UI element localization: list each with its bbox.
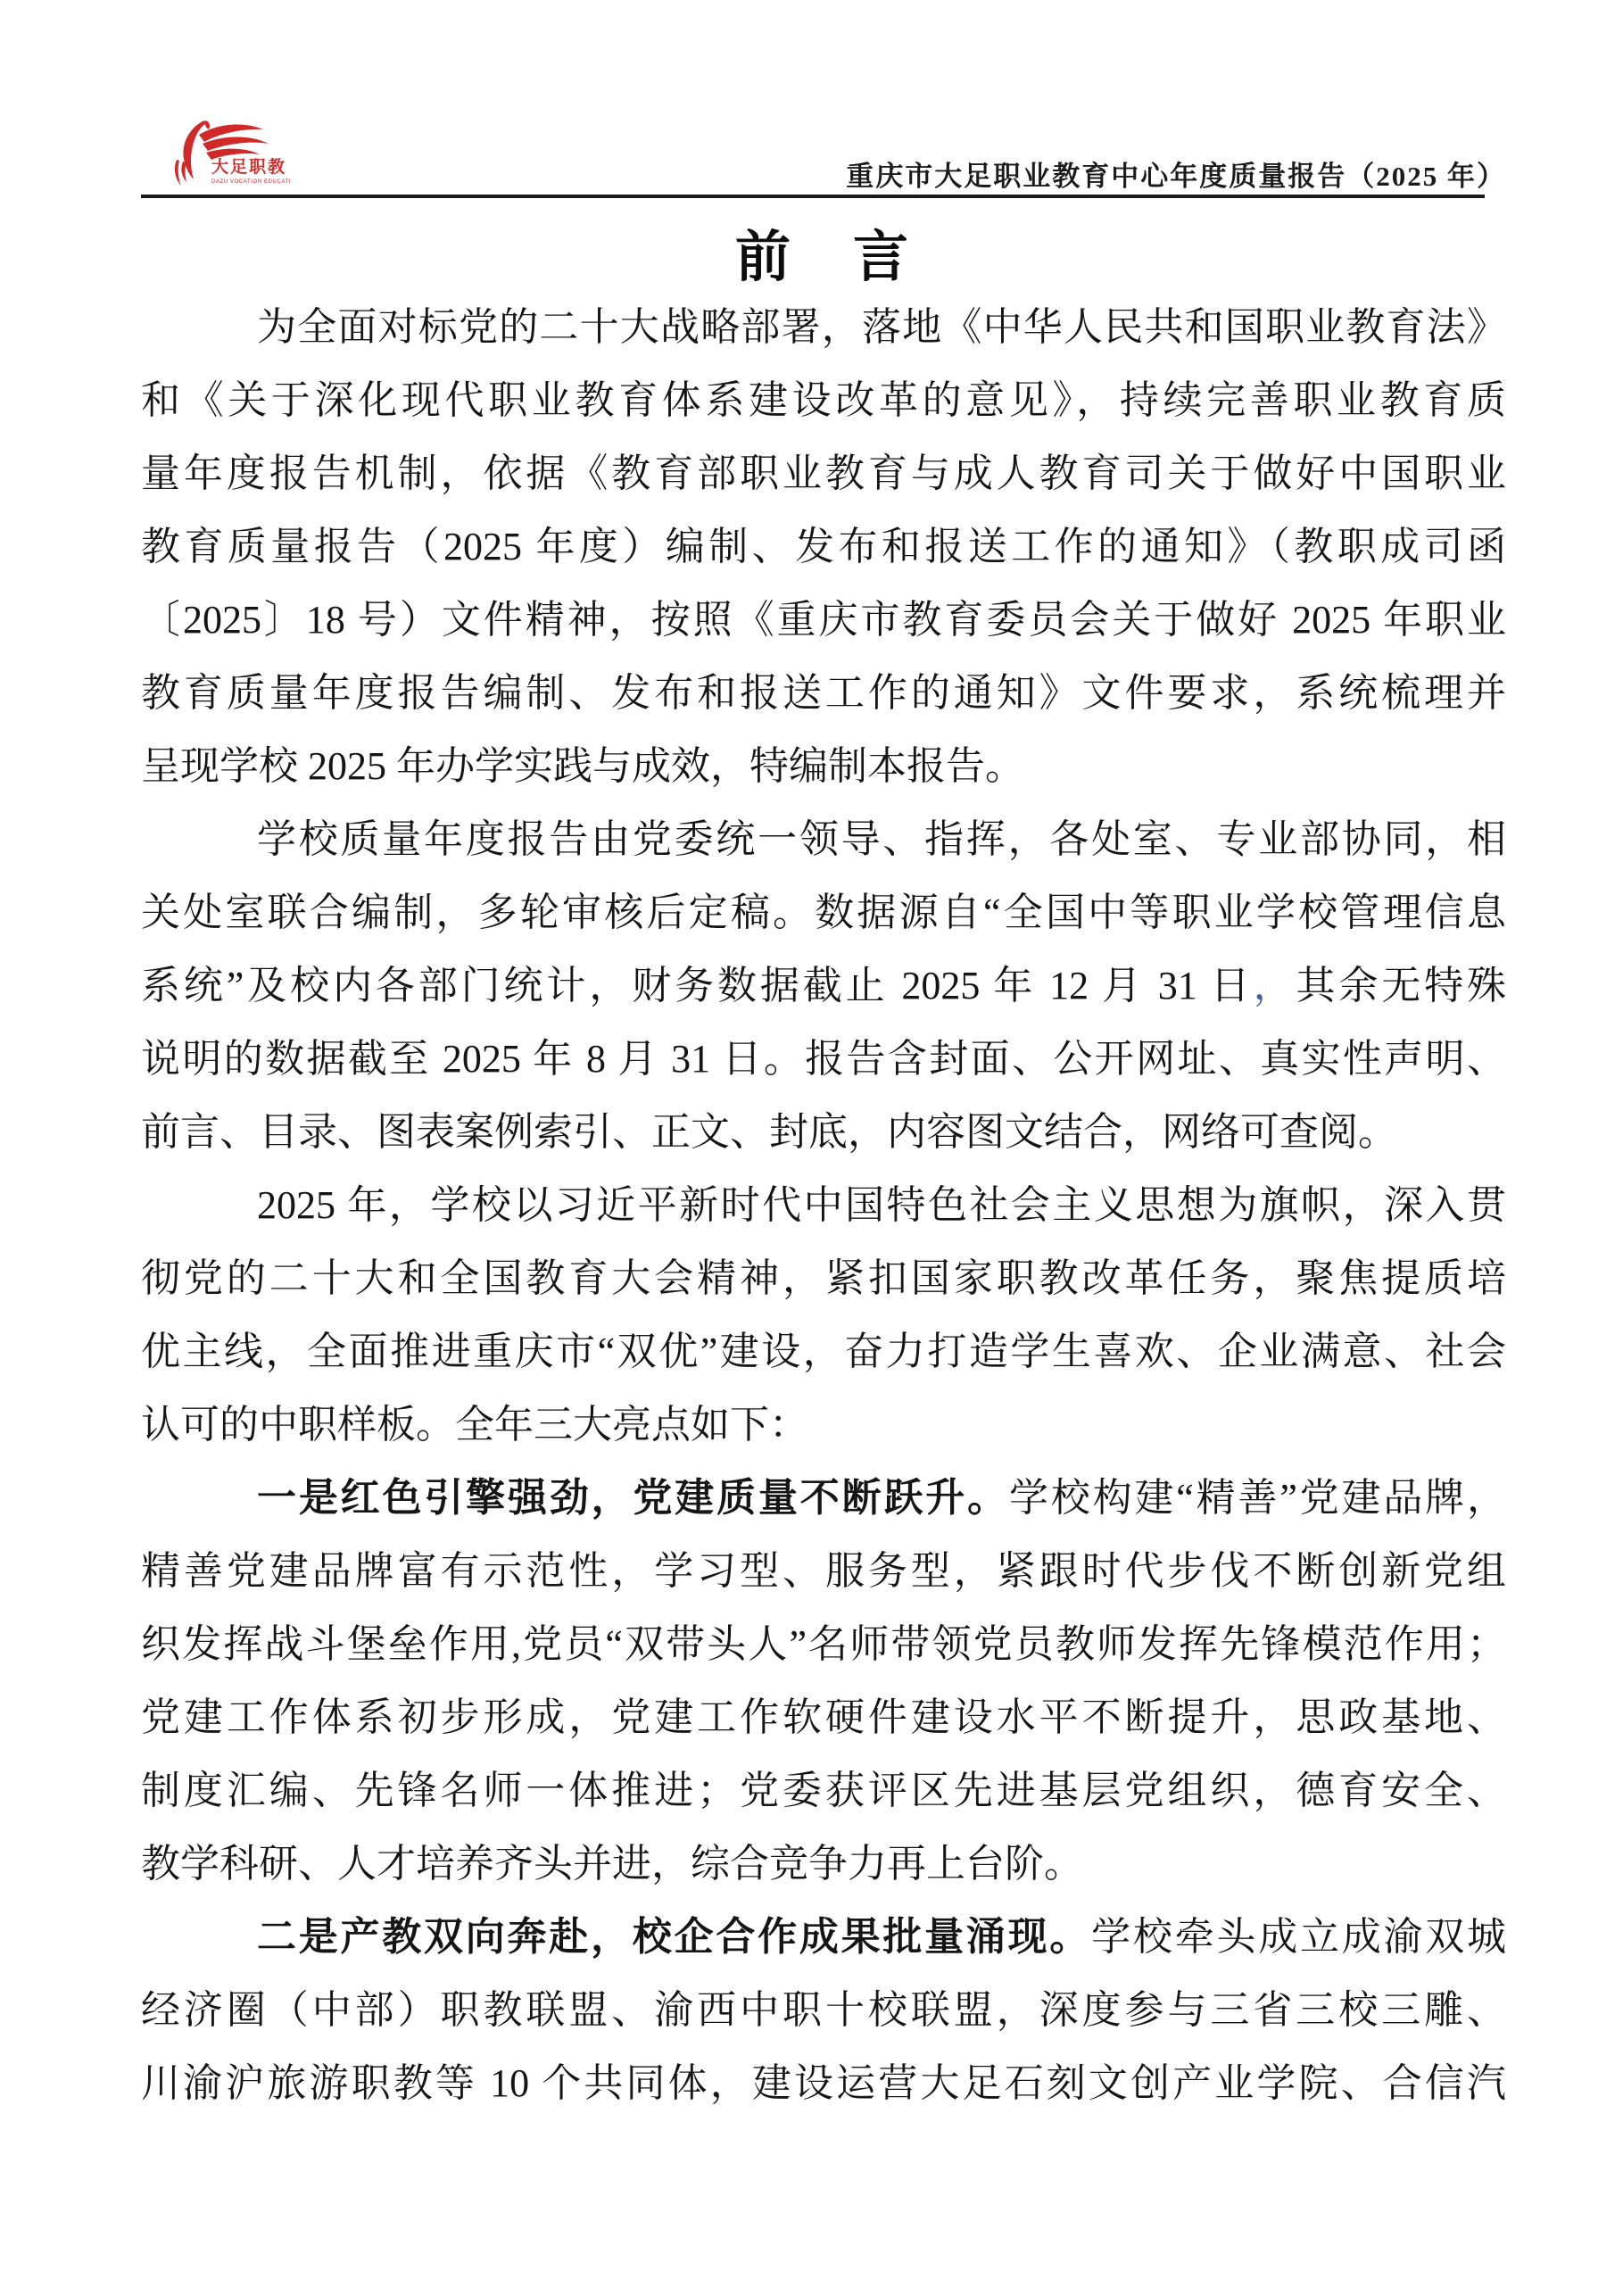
paragraph-line: 党建工作体系初步形成，党建工作软硬件建设水平不断提升，思政基地、 — [141, 1681, 1506, 1754]
paragraph-line: 织发挥战斗堡垒作用,党员“双带头人”名师带领党员教师发挥先锋模范作用； — [141, 1608, 1506, 1681]
paragraph-line: 2025 年，学校以习近平新时代中国特色社会主义思想为旗帜，深入贯 — [141, 1169, 1506, 1242]
paragraph-line: 优主线，全面推进重庆市“双优”建设，奋力打造学生喜欢、企业满意、社会 — [141, 1315, 1506, 1388]
header-divider — [141, 195, 1485, 198]
logo-title: 大足职教 — [211, 156, 286, 177]
paragraph-line: 彻党的二十大和全国教育大会精神，紧扣国家职教改革任务，聚焦提质培 — [141, 1242, 1506, 1315]
logo-subtitle: DAZU VOCATION EDUCATION — [211, 179, 291, 185]
paragraph-line: 制度汇编、先锋名师一体推进；党委获评区先进基层党组织，德育安全、 — [141, 1754, 1506, 1828]
paragraph-line: 量年度报告机制，依据《教育部职业教育与成人教育司关于做好中国职业 — [141, 437, 1506, 510]
line-text: 系统”及校内各部门统计，财务数据截止 2025 年 12 月 31 日 — [141, 964, 1254, 1007]
blue-comma: ， — [1254, 964, 1296, 1007]
school-logo: 大足职教 DAZU VOCATION EDUCATION — [161, 120, 291, 189]
report-page: 大足职教 DAZU VOCATION EDUCATION 重庆市大足职业教育中心… — [0, 0, 1623, 2296]
line-text: 学校构建“精善”党建品牌， — [1009, 1476, 1506, 1520]
paragraph-line: 前言、目录、图表案例索引、正文、封底，内容图文结合，网络可查阅。 — [141, 1096, 1506, 1169]
document-title: 前 言 — [141, 212, 1506, 292]
paragraph-line: 川渝沪旅游职教等 10 个共同体，建设运营大足石刻文创产业学院、合信汽 — [141, 2047, 1506, 2120]
phoenix-logo-icon: 大足职教 DAZU VOCATION EDUCATION — [161, 120, 291, 189]
paragraph-line: 经济圈（中部）职教联盟、渝西中职十校联盟，深度参与三省三校三雕、 — [141, 1974, 1506, 2047]
paragraph-line: 二是产教双向奔赴，校企合作成果批量涌现。学校牵头成立成渝双城 — [141, 1901, 1506, 1974]
paragraph-line: 精善党建品牌富有示范性，学习型、服务型，紧跟时代步伐不断创新党组 — [141, 1535, 1506, 1608]
highlight-lead-text: 一是红色引擎强劲，党建质量不断跃升。 — [257, 1476, 1009, 1520]
paragraph-line: 教学科研、人才培养齐头并进，综合竞争力再上台阶。 — [141, 1828, 1506, 1901]
paragraph-line: 呈现学校 2025 年办学实践与成效，特编制本报告。 — [141, 730, 1506, 803]
paragraph-line: 教育质量年度报告编制、发布和报送工作的通知》文件要求，系统梳理并 — [141, 657, 1506, 730]
line-text: 学校牵头成立成渝双城 — [1091, 1915, 1506, 1959]
paragraph-line: 〔2025〕18 号）文件精神，按照《重庆市教育委员会关于做好 2025 年职业 — [141, 584, 1506, 657]
paragraph-line: 一是红色引擎强劲，党建质量不断跃升。学校构建“精善”党建品牌， — [141, 1462, 1506, 1535]
paragraph-line: 认可的中职样板。全年三大亮点如下： — [141, 1388, 1506, 1462]
header-title: 重庆市大足职业教育中心年度质量报告（2025 年） — [846, 153, 1506, 194]
paragraph-line: 教育质量报告（2025 年度）编制、发布和报送工作的通知》（教职成司函 — [141, 510, 1506, 584]
paragraph-line: 说明的数据截至 2025 年 8 月 31 日。报告含封面、公开网址、真实性声明… — [141, 1023, 1506, 1096]
paragraph-line: 和《关于深化现代职业教育体系建设改革的意见》，持续完善职业教育质 — [141, 364, 1506, 437]
paragraph-line: 学校质量年度报告由党委统一领导、指挥，各处室、专业部协同，相 — [141, 803, 1506, 876]
line-text: 其余无特殊 — [1296, 964, 1506, 1007]
paragraph-line: 关处室联合编制，多轮审核后定稿。数据源自“全国中等职业学校管理信息 — [141, 876, 1506, 949]
paragraph-line: 系统”及校内各部门统计，财务数据截止 2025 年 12 月 31 日，其余无特… — [141, 949, 1506, 1023]
paragraph-line: 为全面对标党的二十大战略部署，落地《中华人民共和国职业教育法》 — [141, 291, 1506, 364]
document-body: 为全面对标党的二十大战略部署，落地《中华人民共和国职业教育法》 和《关于深化现代… — [141, 291, 1506, 2120]
highlight-lead-text: 二是产教双向奔赴，校企合作成果批量涌现。 — [257, 1915, 1091, 1959]
